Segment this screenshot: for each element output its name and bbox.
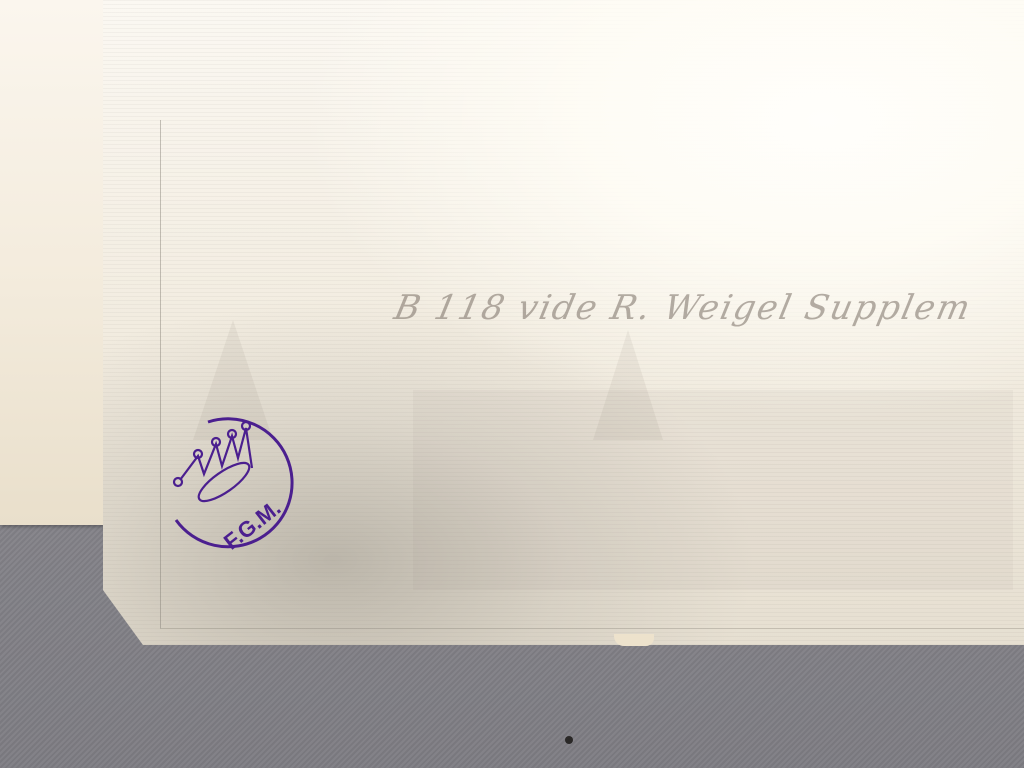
crown-icon: F.G.M. (168, 410, 310, 558)
cloth-spot (565, 736, 573, 744)
faded-print-shape (413, 390, 1013, 590)
pencil-inscription: B 118 vide R. Weigel Supplem (391, 288, 976, 328)
paper-tear (614, 634, 654, 646)
collector-stamp: F.G.M. (168, 410, 310, 558)
